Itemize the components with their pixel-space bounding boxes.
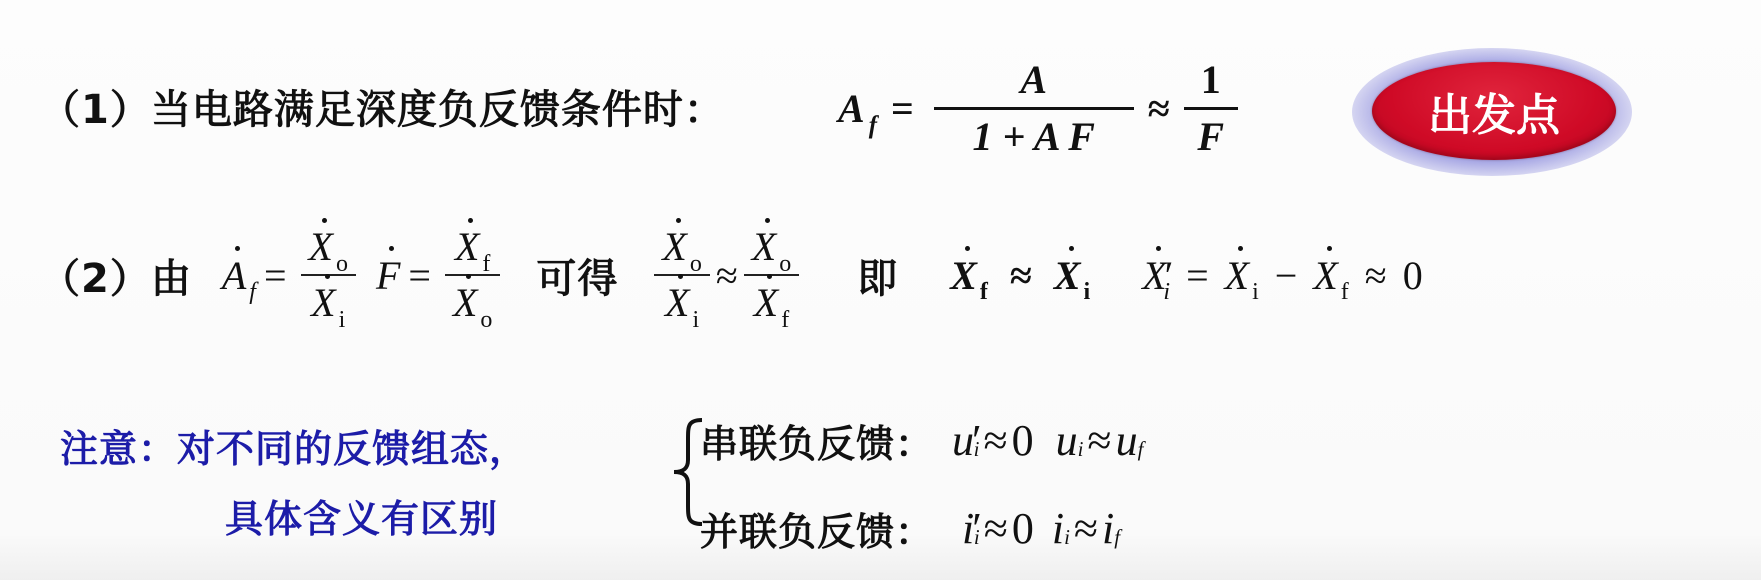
series-feedback-line: 串联负反馈： u′i ≈ 0 ui ≈ uf [700, 410, 1143, 470]
af-symbol: Af [838, 85, 877, 132]
fraction-a-over-1-plus-af: A 1 + A F [934, 57, 1134, 160]
af-dot-symbol: Af [222, 252, 256, 299]
parallel-feedback-line: 并联负反馈： i′i ≈ 0 ii ≈ if [700, 498, 1120, 558]
approx-sign: ≈ [1148, 85, 1170, 132]
obtain-label: 可得 [536, 247, 618, 304]
fraction-xo-over-xi: Xo Xi [301, 224, 356, 326]
formula-closed-loop-gain: Af = A 1 + A F ≈ 1 F [838, 48, 1244, 168]
that-is-label: 即 [857, 247, 898, 304]
note-line-2: 具体含义有区别 [225, 488, 498, 543]
item2-derivation: （2）由 Af = Xo Xi F = Xf Xo 可得 Xo Xi ≈ Xo … [40, 200, 1423, 350]
parallel-feedback-label: 并联负反馈： [700, 501, 934, 556]
xf-approx-xi: Xf ≈ Xi [950, 252, 1090, 299]
fraction-xo-over-xi-2: Xo Xi [654, 224, 709, 326]
item2-label: （2）由 [40, 247, 192, 304]
item1-label: （1）当电路满足深度负反馈条件时： [40, 78, 725, 135]
f-dot-symbol: F [376, 252, 400, 299]
note-line-1: 注意：对不同的反馈组态， [60, 418, 528, 473]
slide: （1）当电路满足深度负反馈条件时： Af = A 1 + A F ≈ 1 F 出… [0, 0, 1761, 580]
equals-sign: = [891, 85, 914, 132]
fraction-1-over-f: 1 F [1184, 57, 1238, 160]
fraction-xo-over-xf: Xo Xf [744, 224, 799, 326]
series-feedback-label: 串联负反馈： [700, 413, 934, 468]
net-input-approx-zero: X′i = Xi − Xf ≈ 0 [1142, 252, 1422, 299]
fraction-xf-over-xo: Xf Xo [445, 224, 500, 326]
start-point-button[interactable]: 出发点 [1372, 62, 1616, 160]
